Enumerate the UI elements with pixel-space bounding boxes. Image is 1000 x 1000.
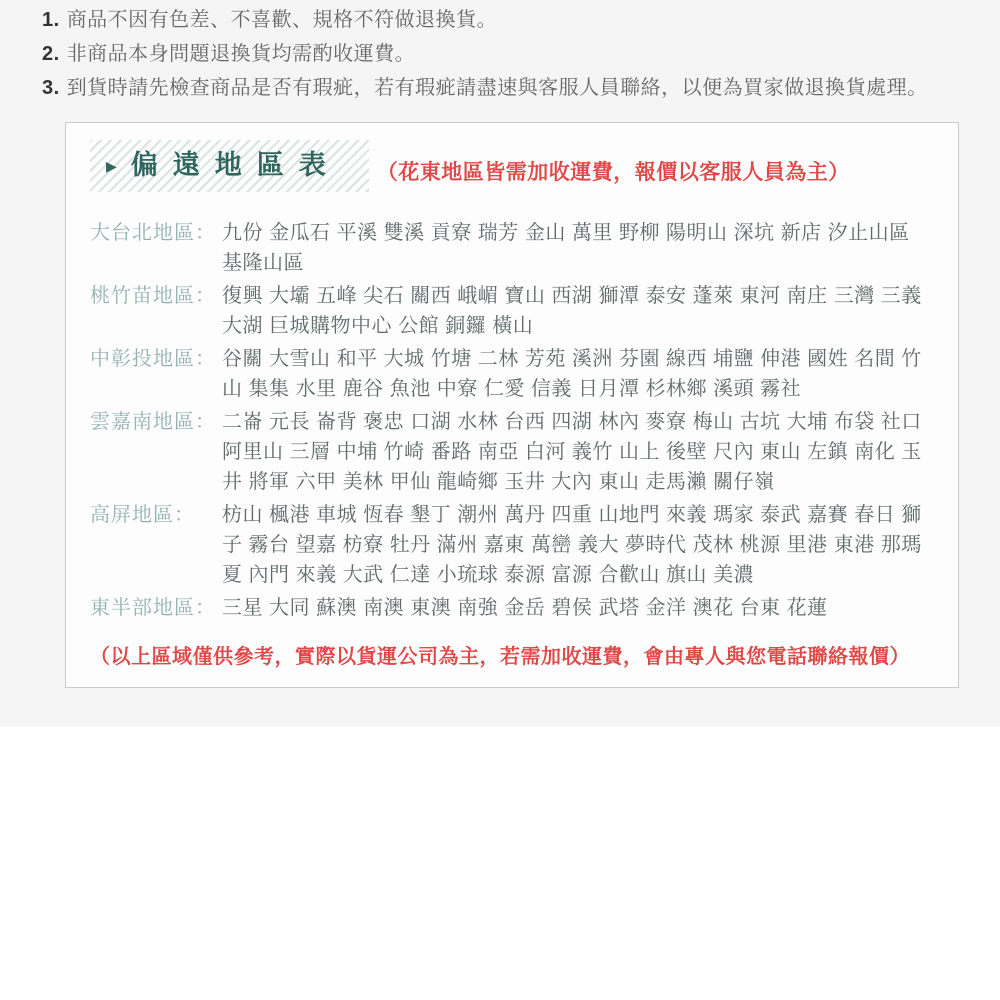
region-label: 中彰投地區： xyxy=(90,344,222,404)
policy-note-item: 2. 非商品本身問題退換貨均需酌收運費。 xyxy=(42,41,940,67)
region-places: 九份 金瓜石 平溪 雙溪 貢寮 瑞芳 金山 萬里 野柳 陽明山 深坑 新店 汐止… xyxy=(222,218,930,278)
region-row: 大台北地區： 九份 金瓜石 平溪 雙溪 貢寮 瑞芳 金山 萬里 野柳 陽明山 深… xyxy=(90,218,930,278)
shipping-policy-section: 1. 商品不因有色差、不喜歡、規格不符做退換貨。 2. 非商品本身問題退換貨均需… xyxy=(0,0,1000,727)
footer-disclaimer: （以上區域僅供參考，實際以貨運公司為主，若需加收運費，會由專人與您電話聯絡報價） xyxy=(90,640,930,669)
region-label: 雲嘉南地區： xyxy=(90,407,222,497)
policy-note-number: 2. xyxy=(42,41,60,67)
region-places: 三星 大同 蘇澳 南澳 東澳 南強 金岳 碧侯 武塔 金洋 澳花 台東 花蓮 xyxy=(222,593,930,623)
region-row: 東半部地區： 三星 大同 蘇澳 南澳 東澳 南強 金岳 碧侯 武塔 金洋 澳花 … xyxy=(90,593,930,623)
triangle-bullet-icon: ▶ xyxy=(106,159,117,173)
policy-note-text: 到貨時請先檢查商品是否有瑕疵，若有瑕疵請盡速與客服人員聯絡，以便為買家做退換貨處… xyxy=(67,75,928,101)
policy-note-text: 非商品本身問題退換貨均需酌收運費。 xyxy=(67,41,416,67)
region-places: 枋山 楓港 車城 恆春 墾丁 潮州 萬丹 四重 山地門 來義 瑪家 泰武 嘉賽 … xyxy=(222,500,930,590)
region-label: 大台北地區： xyxy=(90,218,222,278)
region-row: 桃竹苗地區： 復興 大壩 五峰 尖石 關西 峨嵋 寶山 西湖 獅潭 泰安 蓬萊 … xyxy=(90,281,930,341)
policy-note-item: 3. 到貨時請先檢查商品是否有瑕疵，若有瑕疵請盡速與客服人員聯絡，以便為買家做退… xyxy=(42,75,940,101)
region-label: 桃竹苗地區： xyxy=(90,281,222,341)
region-places: 二崙 元長 崙背 褒忠 口湖 水林 台西 四湖 林內 麥寮 梅山 古坑 大埔 布… xyxy=(222,407,930,497)
region-table: 大台北地區： 九份 金瓜石 平溪 雙溪 貢寮 瑞芳 金山 萬里 野柳 陽明山 深… xyxy=(90,218,930,623)
policy-note-item: 1. 商品不因有色差、不喜歡、規格不符做退換貨。 xyxy=(42,7,940,33)
remote-area-title: 偏遠地區表 xyxy=(131,151,341,181)
remote-area-box: ▶ 偏遠地區表 （花東地區皆需加收運費，報價以客服人員為主） 大台北地區： 九份… xyxy=(65,122,959,688)
region-row: 雲嘉南地區： 二崙 元長 崙背 褒忠 口湖 水林 台西 四湖 林內 麥寮 梅山 … xyxy=(90,407,930,497)
region-row: 高屏地區： 枋山 楓港 車城 恆春 墾丁 潮州 萬丹 四重 山地門 來義 瑪家 … xyxy=(90,500,930,590)
policy-note-text: 商品不因有色差、不喜歡、規格不符做退換貨。 xyxy=(67,7,498,33)
remote-area-title-block: ▶ 偏遠地區表 xyxy=(90,140,369,192)
east-area-fee-note: （花東地區皆需加收運費，報價以客服人員為主） xyxy=(377,156,850,186)
remote-area-header: ▶ 偏遠地區表 （花東地區皆需加收運費，報價以客服人員為主） xyxy=(90,140,930,192)
region-label: 高屏地區： xyxy=(90,500,222,590)
return-policy-list: 1. 商品不因有色差、不喜歡、規格不符做退換貨。 2. 非商品本身問題退換貨均需… xyxy=(0,7,1000,101)
region-places: 谷關 大雪山 和平 大城 竹塘 二林 芳苑 溪洲 芬園 線西 埔鹽 伸港 國姓 … xyxy=(222,344,930,404)
policy-note-number: 1. xyxy=(42,7,60,33)
page: 1. 商品不因有色差、不喜歡、規格不符做退換貨。 2. 非商品本身問題退換貨均需… xyxy=(0,0,1000,1000)
region-label: 東半部地區： xyxy=(90,593,222,623)
region-places: 復興 大壩 五峰 尖石 關西 峨嵋 寶山 西湖 獅潭 泰安 蓬萊 東河 南庄 三… xyxy=(222,281,930,341)
policy-note-number: 3. xyxy=(42,75,60,101)
region-row: 中彰投地區： 谷關 大雪山 和平 大城 竹塘 二林 芳苑 溪洲 芬園 線西 埔鹽… xyxy=(90,344,930,404)
